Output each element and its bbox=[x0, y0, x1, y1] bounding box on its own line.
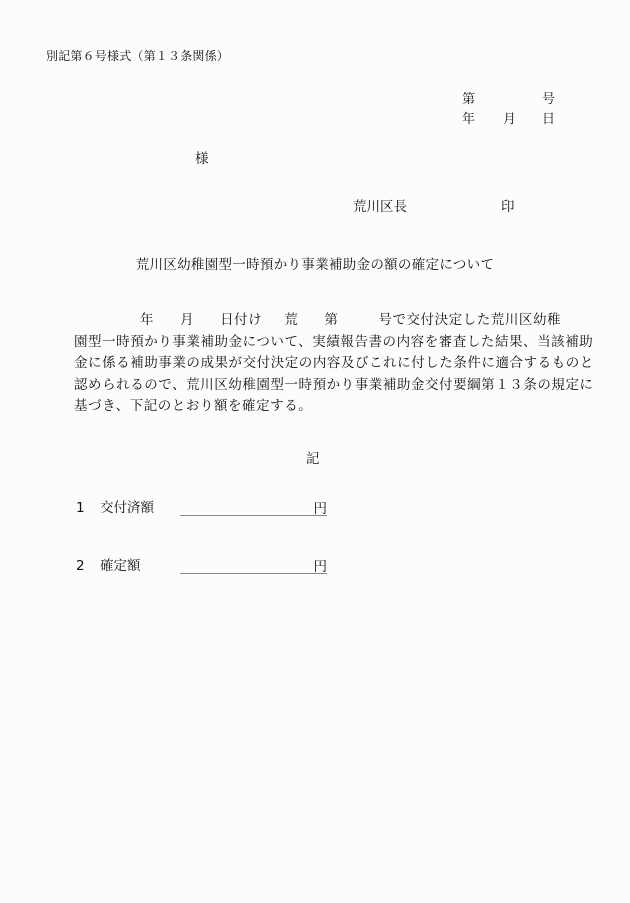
item-number: 1 bbox=[76, 500, 100, 516]
body-month: 月 bbox=[180, 312, 194, 328]
reference-number-prefix: 第 bbox=[462, 88, 475, 107]
body-line-1: 年月日付け荒第号で交付決定した荒川区幼稚 bbox=[74, 310, 584, 332]
body-line-5: 基づき、下記のとおり額を確定する。 bbox=[74, 396, 584, 418]
amount-unit: 円 bbox=[314, 501, 328, 517]
body-line-2: 園型一時預かり事業補助金について、実績報告書の内容を審査した結果、当該補助 bbox=[74, 332, 584, 354]
form-label: 別記第６号様式（第１３条関係） bbox=[46, 47, 229, 64]
date-day: 日 bbox=[542, 108, 555, 127]
item-confirmed-amount: 2確定額円 bbox=[76, 554, 327, 574]
body-number-prefix: 第 bbox=[324, 312, 338, 328]
body-office: 荒 bbox=[284, 312, 298, 328]
body-line-1-rest: 号で交付決定した荒川区幼稚 bbox=[378, 312, 561, 328]
confirmed-amount-field[interactable]: 円 bbox=[180, 555, 327, 574]
body-paragraph: 年月日付け荒第号で交付決定した荒川区幼稚 園型一時預かり事業補助金について、実績… bbox=[74, 310, 584, 418]
date-year: 年 bbox=[462, 108, 475, 127]
body-year: 年 bbox=[140, 312, 154, 328]
amount-unit: 円 bbox=[314, 559, 328, 575]
body-line-3: 金に係る補助事業の成果が交付決定の内容及びこれに付した条件に適合するものと bbox=[74, 353, 584, 375]
ki-heading: 記 bbox=[306, 447, 320, 467]
issuer-title: 荒川区長 bbox=[353, 195, 407, 215]
body-day: 日付け bbox=[220, 312, 262, 328]
item-label: 確定額 bbox=[100, 554, 180, 574]
body-line-4: 認められるので、荒川区幼稚園型一時預かり事業補助金交付要綱第１３条の規定に bbox=[74, 375, 584, 397]
item-number: 2 bbox=[76, 558, 100, 574]
document-title: 荒川区幼稚園型一時預かり事業補助金の額の確定について bbox=[0, 253, 630, 273]
addressee-suffix: 様 bbox=[195, 147, 209, 167]
reference-number-suffix: 号 bbox=[542, 88, 555, 107]
item-granted-amount: 1交付済額円 bbox=[76, 496, 327, 516]
granted-amount-field[interactable]: 円 bbox=[180, 497, 327, 516]
date-month: 月 bbox=[503, 108, 516, 127]
seal-mark: 印 bbox=[501, 195, 515, 215]
item-label: 交付済額 bbox=[100, 496, 180, 516]
